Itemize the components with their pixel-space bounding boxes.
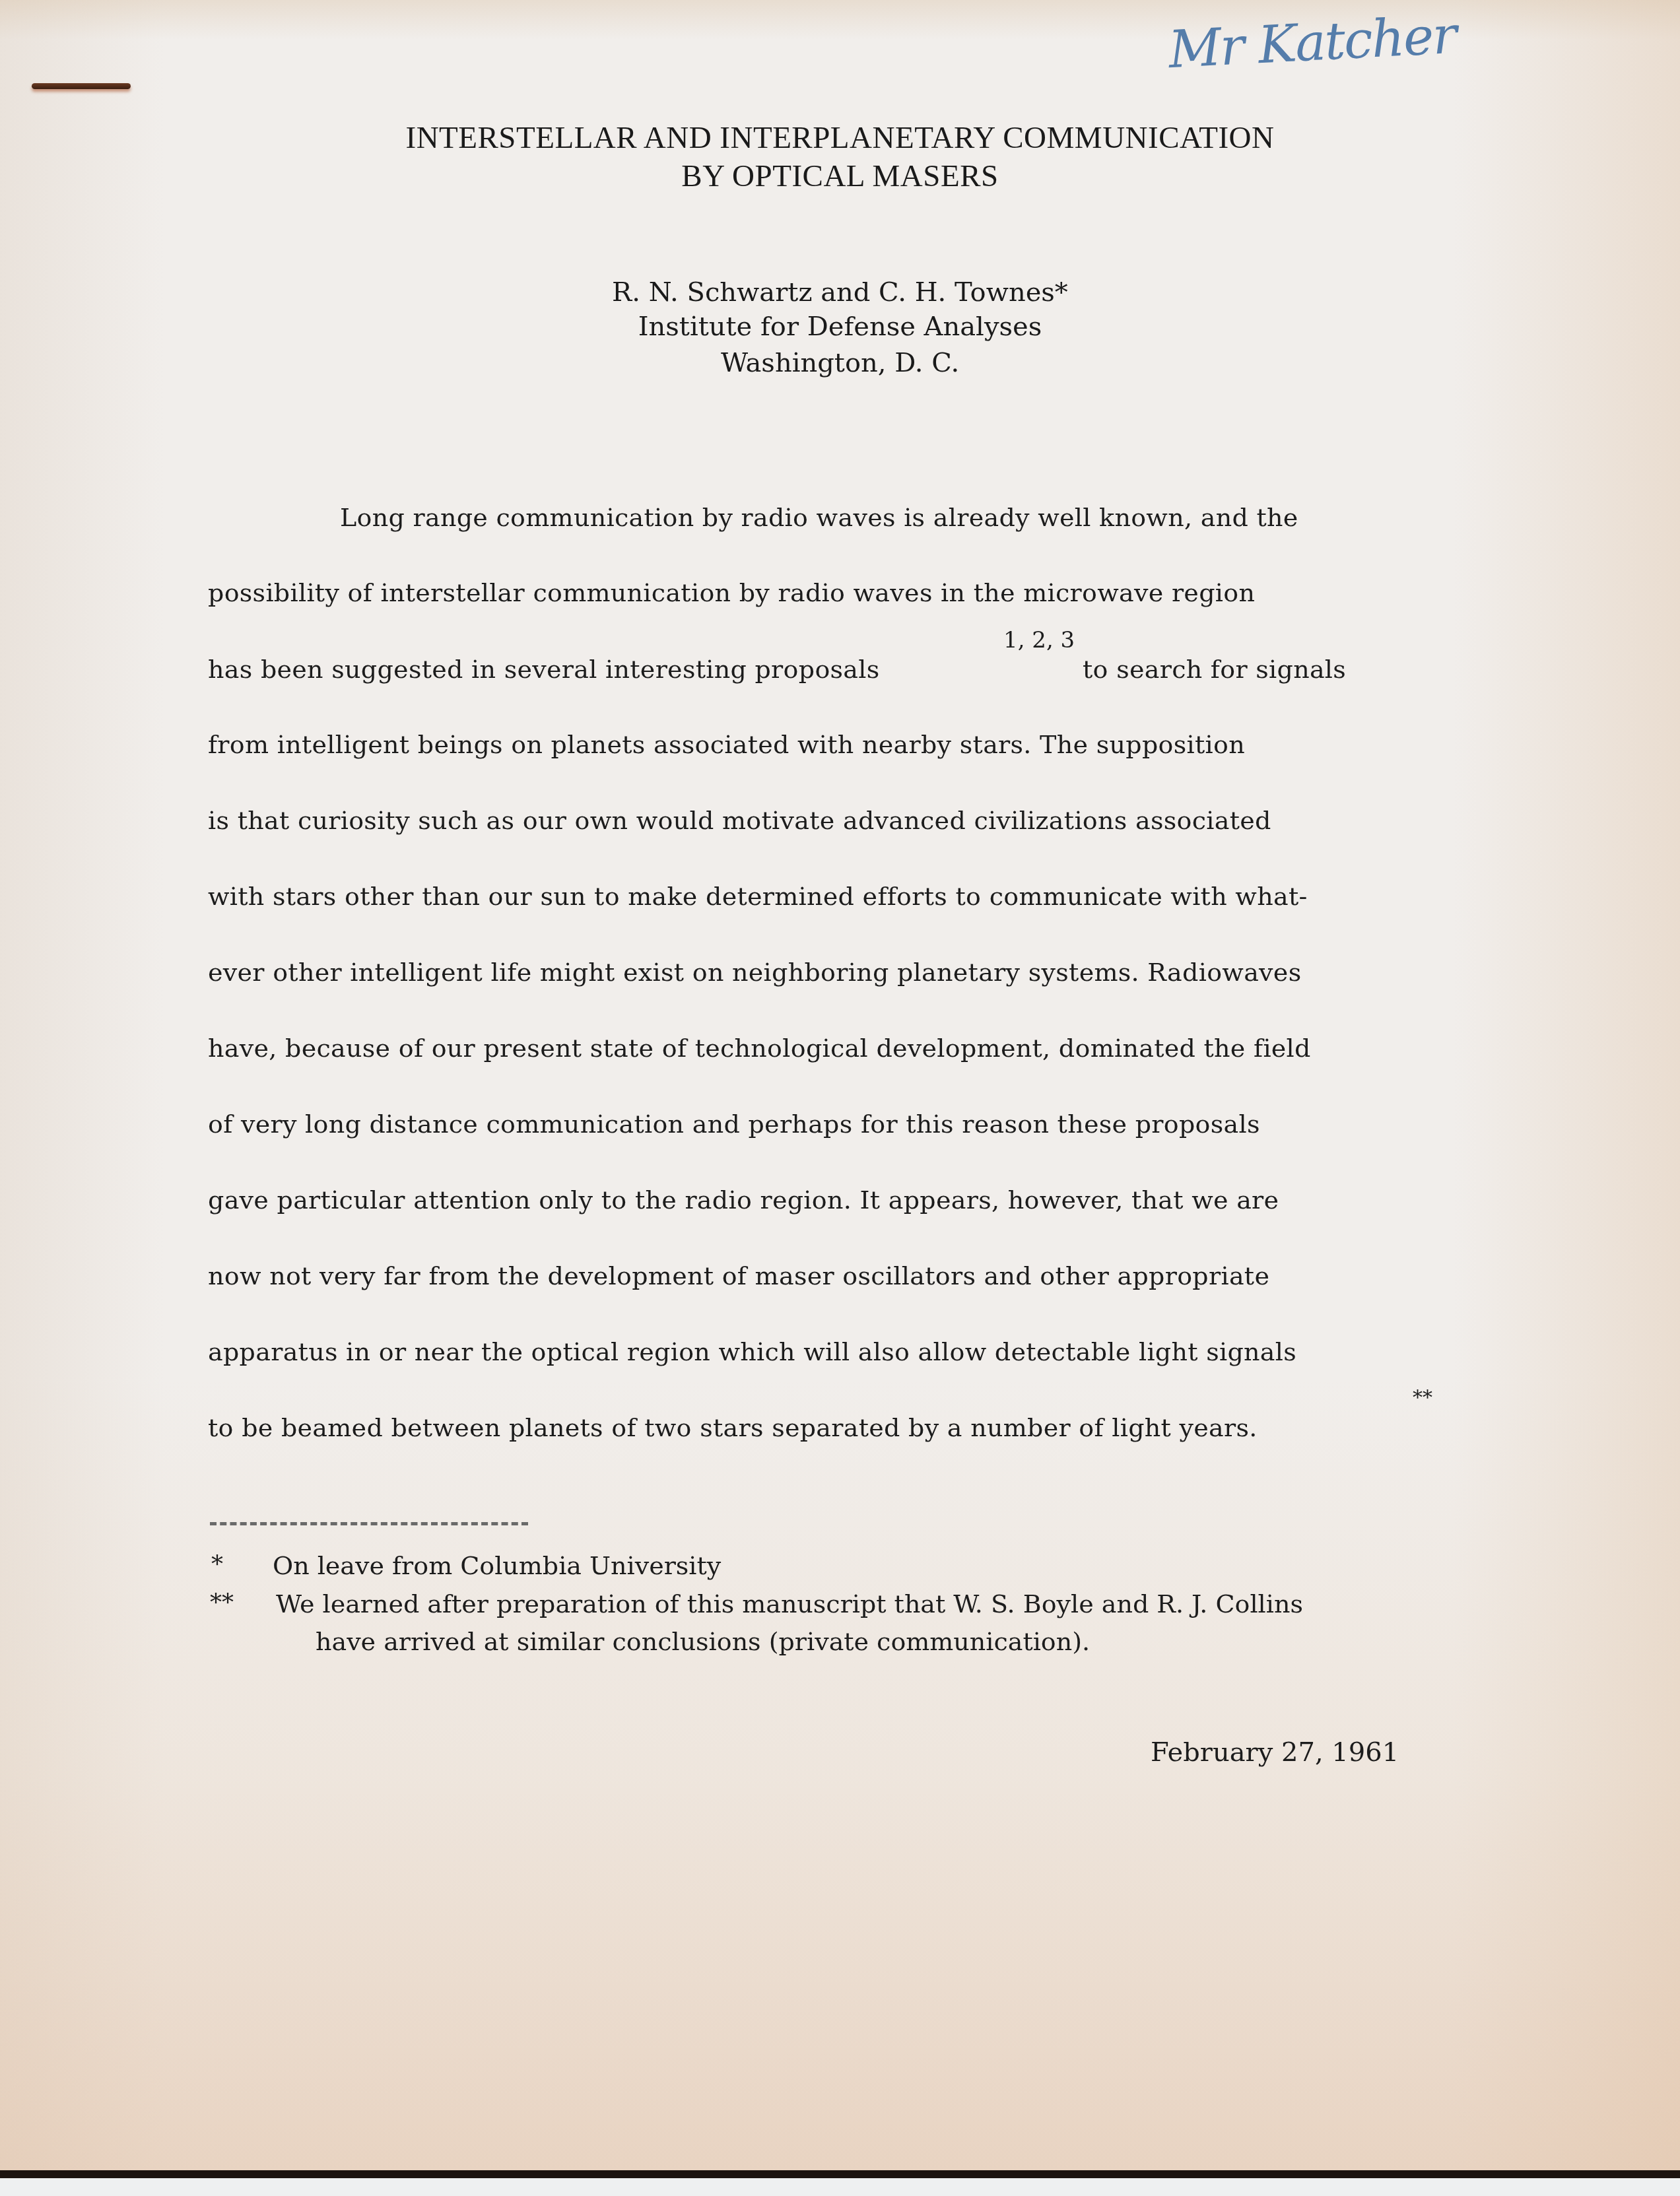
- body-line: possibility of interstellar communicatio…: [208, 578, 1255, 607]
- body-line-continuation: to search for signals: [1083, 655, 1346, 684]
- footnote-superscript: **: [1413, 1386, 1432, 1409]
- body-line: now not very far from the development of…: [208, 1261, 1269, 1290]
- footnote-marker: *: [211, 1551, 223, 1578]
- footnote-text: On leave from Columbia University: [273, 1551, 721, 1580]
- document-title-line-1: INTERSTELLAR AND INTERPLANETARY COMMUNIC…: [0, 120, 1680, 156]
- document-date: February 27, 1961: [1151, 1737, 1399, 1768]
- handwritten-note: Mr Katcher: [1167, 6, 1458, 81]
- document-title-line-2: BY OPTICAL MASERS: [0, 158, 1680, 194]
- footnote-divider: [210, 1522, 528, 1525]
- reference-superscript: 1, 2, 3: [1003, 627, 1075, 653]
- authors: R. N. Schwartz and C. H. Townes*: [0, 277, 1680, 308]
- institution: Institute for Defense Analyses: [0, 312, 1680, 342]
- body-line: apparatus in or near the optical region …: [208, 1337, 1296, 1366]
- body-line: Long range communication by radio waves …: [340, 503, 1298, 532]
- body-line: gave particular attention only to the ra…: [208, 1185, 1279, 1214]
- footnote-marker: **: [210, 1589, 234, 1616]
- footnote-text-continuation: have arrived at similar conclusions (pri…: [316, 1627, 1090, 1656]
- body-line: with stars other than our sun to make de…: [208, 882, 1308, 911]
- footnote-text: We learned after preparation of this man…: [276, 1589, 1303, 1618]
- body-line: of very long distance communication and …: [208, 1110, 1260, 1139]
- body-line: has been suggested in several interestin…: [208, 655, 880, 684]
- staple-mark: [32, 83, 131, 89]
- body-line: have, because of our present state of te…: [208, 1034, 1311, 1063]
- body-line: from intelligent beings on planets assoc…: [208, 730, 1245, 759]
- body-line: ever other intelligent life might exist …: [208, 958, 1301, 987]
- body-line: is that curiosity such as our own would …: [208, 806, 1271, 835]
- location: Washington, D. C.: [0, 348, 1680, 378]
- document-page: Mr Katcher INTERSTELLAR AND INTERPLANETA…: [0, 0, 1680, 2178]
- body-line: to be beamed between planets of two star…: [208, 1413, 1258, 1442]
